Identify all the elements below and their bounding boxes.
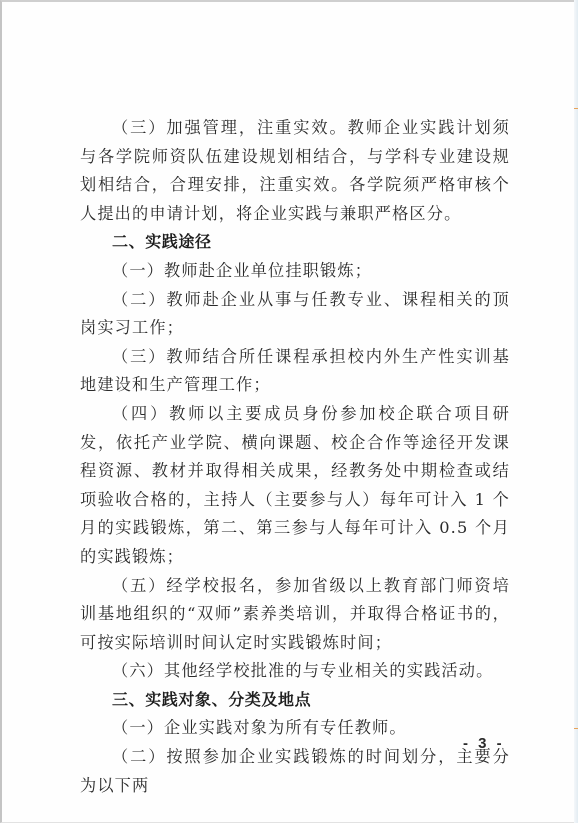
document-body: （三）加强管理，注重实效。教师企业实践计划须与各学院师资队伍建设规划相结合，与学… [80, 114, 510, 800]
list-item-approach-4: （四）教师以主要成员身份参加校企联合项目研发，依托产业学院、横向课题、校企合作等… [80, 400, 510, 572]
list-item-approach-1: （一）教师赴企业单位挂职锻炼； [80, 257, 510, 286]
scan-edge-mark [574, 108, 578, 109]
list-item-approach-6: （六）其他经学校批准的与专业相关的实践活动。 [80, 657, 510, 686]
scan-edge-mark [574, 728, 578, 729]
list-item-target-2: （二）按照参加企业实践锻炼的时间划分，主要分为以下两 [80, 743, 510, 800]
page-number: - 3 - [463, 735, 505, 752]
list-item-target-1: （一）企业实践对象为所有专任教师。 [80, 714, 510, 743]
list-item-approach-2: （二）教师赴企业从事与任教专业、课程相关的顶岗实习工作； [80, 286, 510, 343]
list-item-approach-5: （五）经学校报名，参加省级以上教育部门师资培训基地组织的“双师”素养类培训，并取… [80, 572, 510, 658]
document-page: （三）加强管理，注重实效。教师企业实践计划须与各学院师资队伍建设规划相结合，与学… [0, 0, 578, 823]
section-heading-practice-approaches: 二、实践途径 [80, 228, 510, 257]
section-heading-targets-categories-locations: 三、实践对象、分类及地点 [80, 686, 510, 715]
list-item-approach-3: （三）教师结合所任课程承担校内外生产性实训基地建设和生产管理工作； [80, 343, 510, 400]
paragraph-management: （三）加强管理，注重实效。教师企业实践计划须与各学院师资队伍建设规划相结合，与学… [80, 114, 510, 228]
scan-edge [574, 0, 578, 823]
